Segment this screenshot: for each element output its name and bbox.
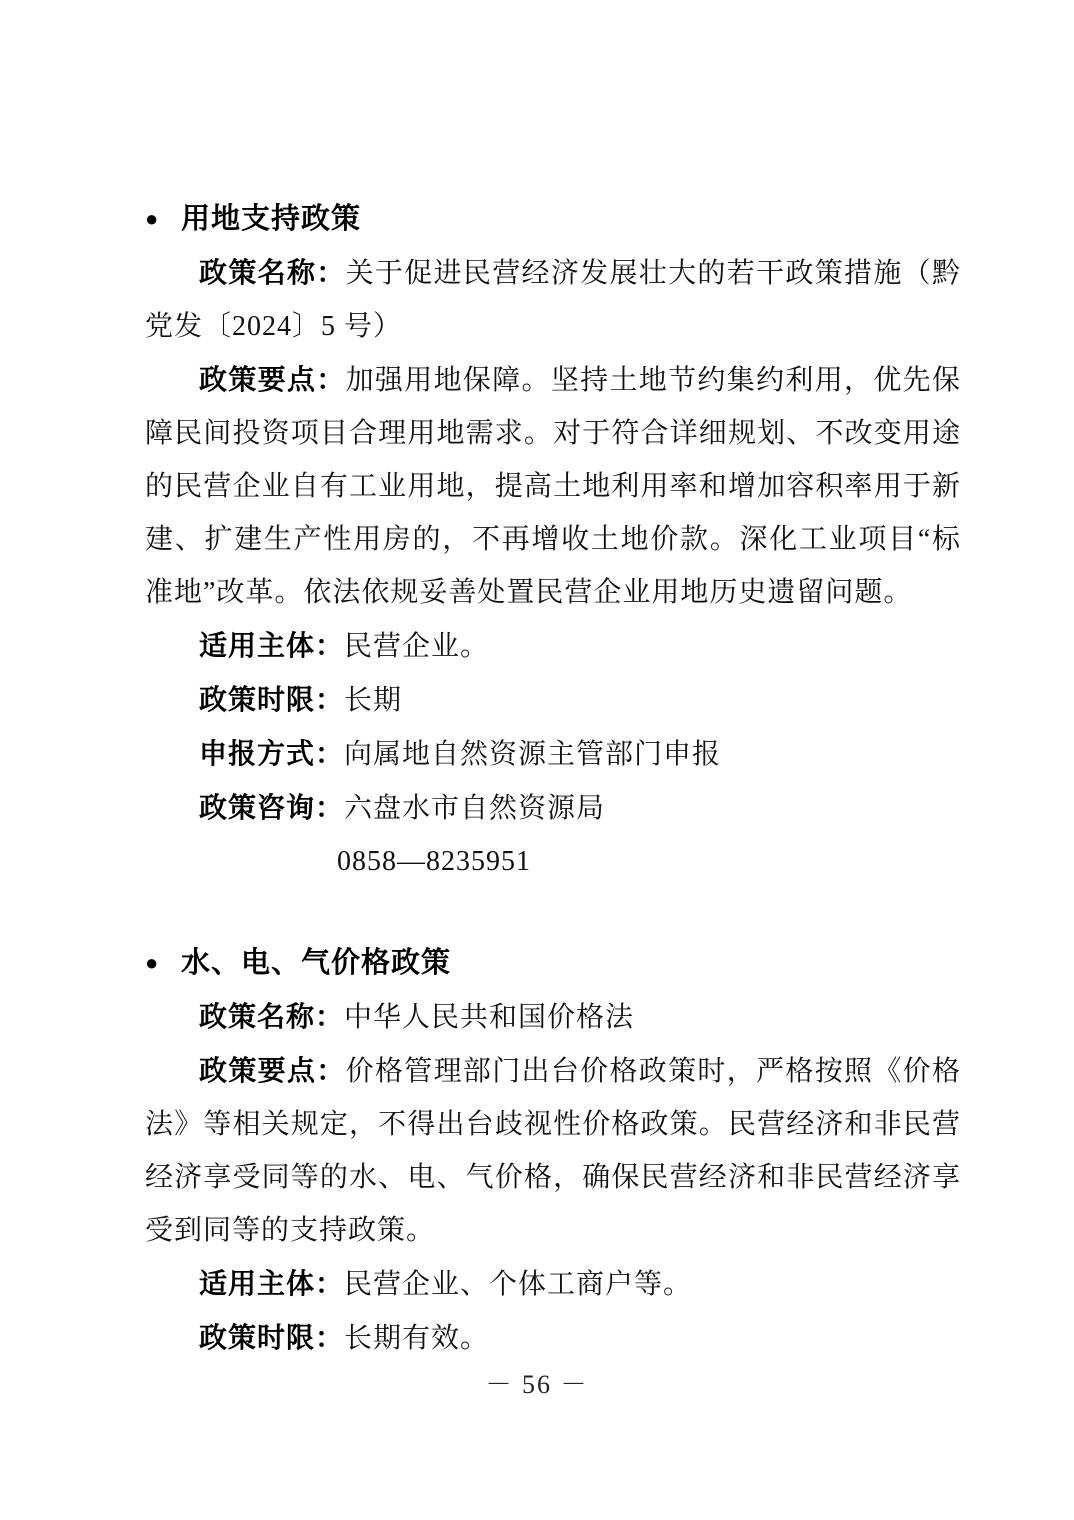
page-number: － 56 － <box>0 1358 1074 1411</box>
field-policy-duration: 政策时限：长期有效。 <box>145 1311 961 1365</box>
field-policy-points: 政策要点：加强用地保障。坚持土地节约集约利用，优先保障民间投资项目合理用地需求。… <box>145 353 961 619</box>
policy-section-utility-pricing: ●水、电、气价格政策 政策名称：中华人民共和国价格法 政策要点：价格管理部门出台… <box>145 936 961 1365</box>
field-label: 申报方式： <box>199 738 344 769</box>
field-value: 长期有效。 <box>344 1323 489 1354</box>
section-heading: ●用地支持政策 <box>145 192 961 246</box>
field-label: 政策咨询： <box>199 792 344 823</box>
field-label: 政策要点： <box>199 364 346 395</box>
field-applicable-subject: 适用主体：民营企业。 <box>145 619 961 673</box>
field-value: 民营企业、个体工商户等。 <box>344 1269 692 1300</box>
field-applicable-subject: 适用主体：民营企业、个体工商户等。 <box>145 1257 961 1311</box>
field-label: 政策时限： <box>199 684 344 715</box>
field-label: 政策名称： <box>199 1001 344 1032</box>
field-label: 政策名称： <box>199 257 346 288</box>
field-policy-name: 政策名称：关于促进民营经济发展壮大的若干政策措施（黔党发〔2024〕5 号） <box>145 246 961 353</box>
field-label: 适用主体： <box>199 1268 344 1299</box>
consultation-phone-number: 0858—8235951 <box>145 835 961 888</box>
field-value: 向属地自然资源主管部门申报 <box>344 739 721 770</box>
field-value: 长期 <box>344 685 402 716</box>
field-value: 六盘水市自然资源局 <box>344 793 605 824</box>
field-policy-consultation: 政策咨询：六盘水市自然资源局 <box>145 781 961 835</box>
section-heading: ●水、电、气价格政策 <box>145 936 961 990</box>
field-label: 政策要点： <box>199 1055 346 1086</box>
field-value: 民营企业。 <box>344 631 489 662</box>
document-content: ●用地支持政策 政策名称：关于促进民营经济发展壮大的若干政策措施（黔党发〔202… <box>145 192 961 1365</box>
field-application-method: 申报方式：向属地自然资源主管部门申报 <box>145 727 961 781</box>
field-label: 适用主体： <box>199 630 344 661</box>
section-title-text: 用地支持政策 <box>181 203 361 235</box>
policy-section-land-support: ●用地支持政策 政策名称：关于促进民营经济发展壮大的若干政策措施（黔党发〔202… <box>145 192 961 888</box>
document-page: ●用地支持政策 政策名称：关于促进民营经济发展壮大的若干政策措施（黔党发〔202… <box>0 0 1074 1520</box>
bullet-icon: ● <box>145 192 181 245</box>
field-policy-name: 政策名称：中华人民共和国价格法 <box>145 990 961 1044</box>
field-value: 中华人民共和国价格法 <box>344 1002 634 1033</box>
field-label: 政策时限： <box>199 1322 344 1353</box>
section-divider-space <box>145 888 961 936</box>
field-policy-duration: 政策时限：长期 <box>145 673 961 727</box>
section-title-text: 水、电、气价格政策 <box>181 947 451 979</box>
bullet-icon: ● <box>145 936 181 989</box>
field-policy-points: 政策要点：价格管理部门出台价格政策时，严格按照《价格法》等相关规定，不得出台歧视… <box>145 1044 961 1257</box>
field-value: 加强用地保障。坚持土地节约集约利用，优先保障民间投资项目合理用地需求。对于符合详… <box>145 365 961 608</box>
